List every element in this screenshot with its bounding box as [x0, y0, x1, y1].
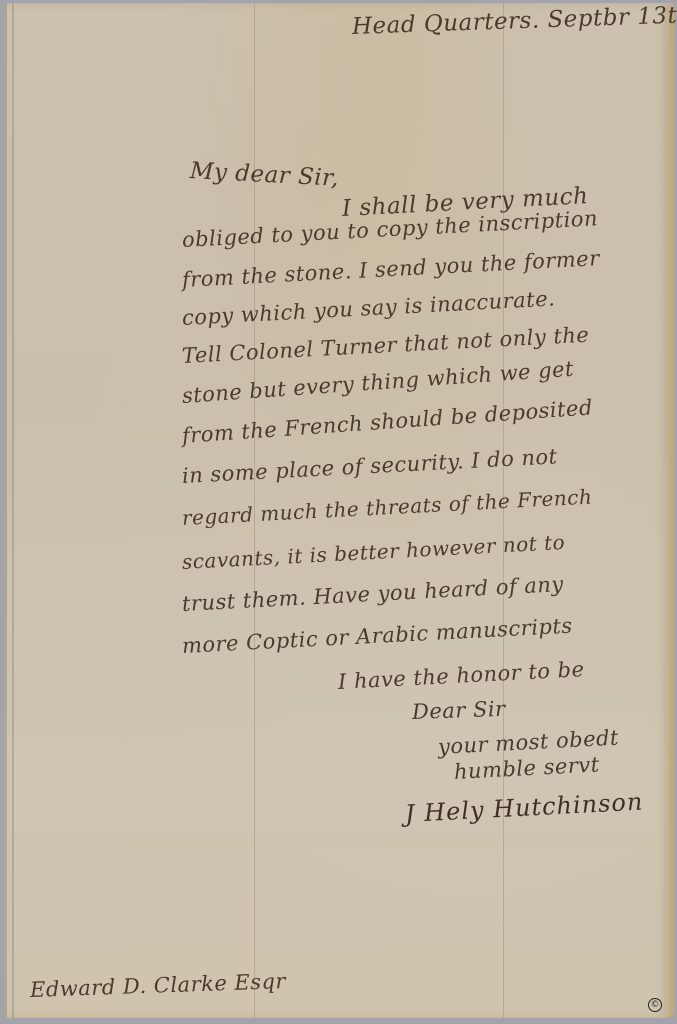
copyright-icon: © [648, 998, 662, 1012]
letter-closing-line: Dear Sir [412, 697, 506, 724]
paper-edge [12, 3, 14, 1018]
